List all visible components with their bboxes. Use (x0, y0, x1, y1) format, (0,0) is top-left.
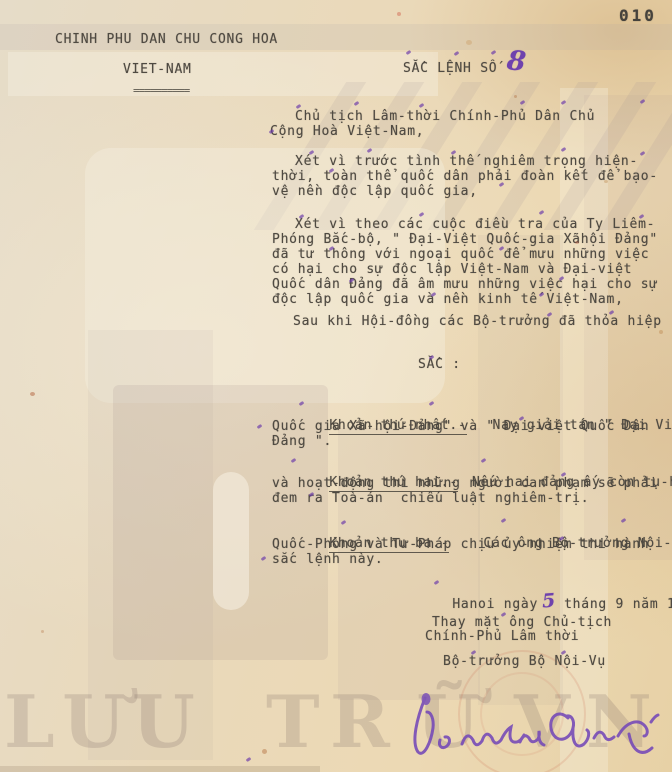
body-line: Xét vì trước tình thế nghiêm trọng hiện- (295, 155, 638, 169)
ink-fleck (406, 50, 412, 55)
scanned-decree-page: LƯUTRỮVN 010 CHINH PHU DAN CHU CONG HOA … (0, 0, 672, 772)
handwritten-day: 5 (542, 593, 559, 608)
paper-tint-band (8, 52, 438, 96)
body-line: có hại cho sự độc lập Việt-Nam và Đại-vi… (272, 263, 632, 277)
ink-fleck (354, 101, 360, 106)
watermark-letter: Ư (62, 686, 125, 758)
ink-fleck (454, 51, 460, 56)
ink-fleck (561, 147, 567, 152)
age-spot (604, 180, 608, 183)
age-spot (466, 40, 472, 45)
ink-fleck (561, 100, 567, 105)
ink-fleck (367, 148, 373, 153)
page-number-stamp: 010 (619, 6, 657, 25)
ink-fleck (246, 757, 252, 762)
body-line: vệ nền độc lập quốc gia, (272, 185, 478, 199)
age-spot (514, 95, 517, 98)
body-line: sắc lệnh này. (272, 553, 384, 567)
date-prefix: Hanoi ngày (452, 597, 538, 612)
age-spot (575, 241, 579, 244)
age-spot (397, 12, 401, 16)
body-line: Quốc gia Xã-hội-Đảng" và " Đại-việt Quốc… (272, 420, 649, 434)
ink-fleck (419, 103, 425, 108)
ink-fleck (257, 424, 263, 429)
body-line: đem ra Toà-án chiếu luật nghiêm-trị. (272, 492, 589, 506)
ink-fleck (640, 99, 646, 104)
body-line: Quốc-Phòng và Tư-Pháp chịu ủy-nhiệm thi … (272, 538, 649, 552)
org-name-line: CHINH PHU DAN CHU CONG HOA (55, 33, 278, 47)
ink-fleck (520, 100, 526, 105)
handwritten-decree-number: 8 (505, 45, 527, 78)
typed-rule: ========== (133, 84, 189, 97)
ink-fleck (539, 210, 545, 215)
body-line: Sau khi Hội-đồng các Bộ-trưởng đã thỏa h… (293, 315, 662, 329)
age-spot (659, 330, 663, 334)
body-line: Xét vì theo các cuộc điều tra của Ty Liê… (295, 218, 655, 232)
body-line: Phóng Bắc-bộ, " Đại-Việt Quốc-gia Xãhội … (272, 233, 658, 247)
body-line: và hoạt-động thì những người can phạm sẽ… (272, 477, 658, 491)
watermark-letter: U (132, 686, 195, 758)
ink-fleck (261, 556, 267, 561)
watermark-letter: R (330, 686, 390, 758)
decree-title: SẮC LỆNH SỐ (403, 62, 497, 76)
ink-fleck (499, 182, 505, 187)
body-line: độc lập quốc gia và nền kinh tế Việt-Nam… (272, 293, 624, 307)
body-line: Cộng Hoà Việt-Nam, (270, 125, 424, 139)
watermark-block (213, 472, 249, 610)
closing-line: Chính-Phủ Lâm thời (425, 630, 579, 644)
age-spot (262, 749, 267, 754)
watermark-letter: L (4, 686, 55, 758)
signature-vo-nguyen-giap (398, 684, 663, 772)
scan-edge-shadow (0, 766, 320, 772)
sac-heading: SẮC : (418, 358, 461, 372)
body-line: Quốc dân Đảng đã âm mưu những việc hại c… (272, 278, 658, 292)
closing-line: Thay mặt ông Chủ-tịch (432, 616, 612, 630)
age-spot (41, 630, 44, 633)
org-country-line: VIET-NAM (123, 63, 192, 77)
date-suffix: tháng 9 năm 1945 (564, 597, 672, 612)
body-line: Đảng ". (272, 435, 332, 449)
ink-fleck (640, 151, 646, 156)
body-line: Chủ tịch Lâm-thời Chính-Phủ Dân Chủ (295, 110, 595, 124)
ink-fleck (491, 50, 497, 55)
age-spot (30, 392, 35, 396)
watermark-letter: T (266, 686, 320, 758)
closing-line: Bộ-trưởng Bộ Nội-Vụ (443, 655, 606, 669)
